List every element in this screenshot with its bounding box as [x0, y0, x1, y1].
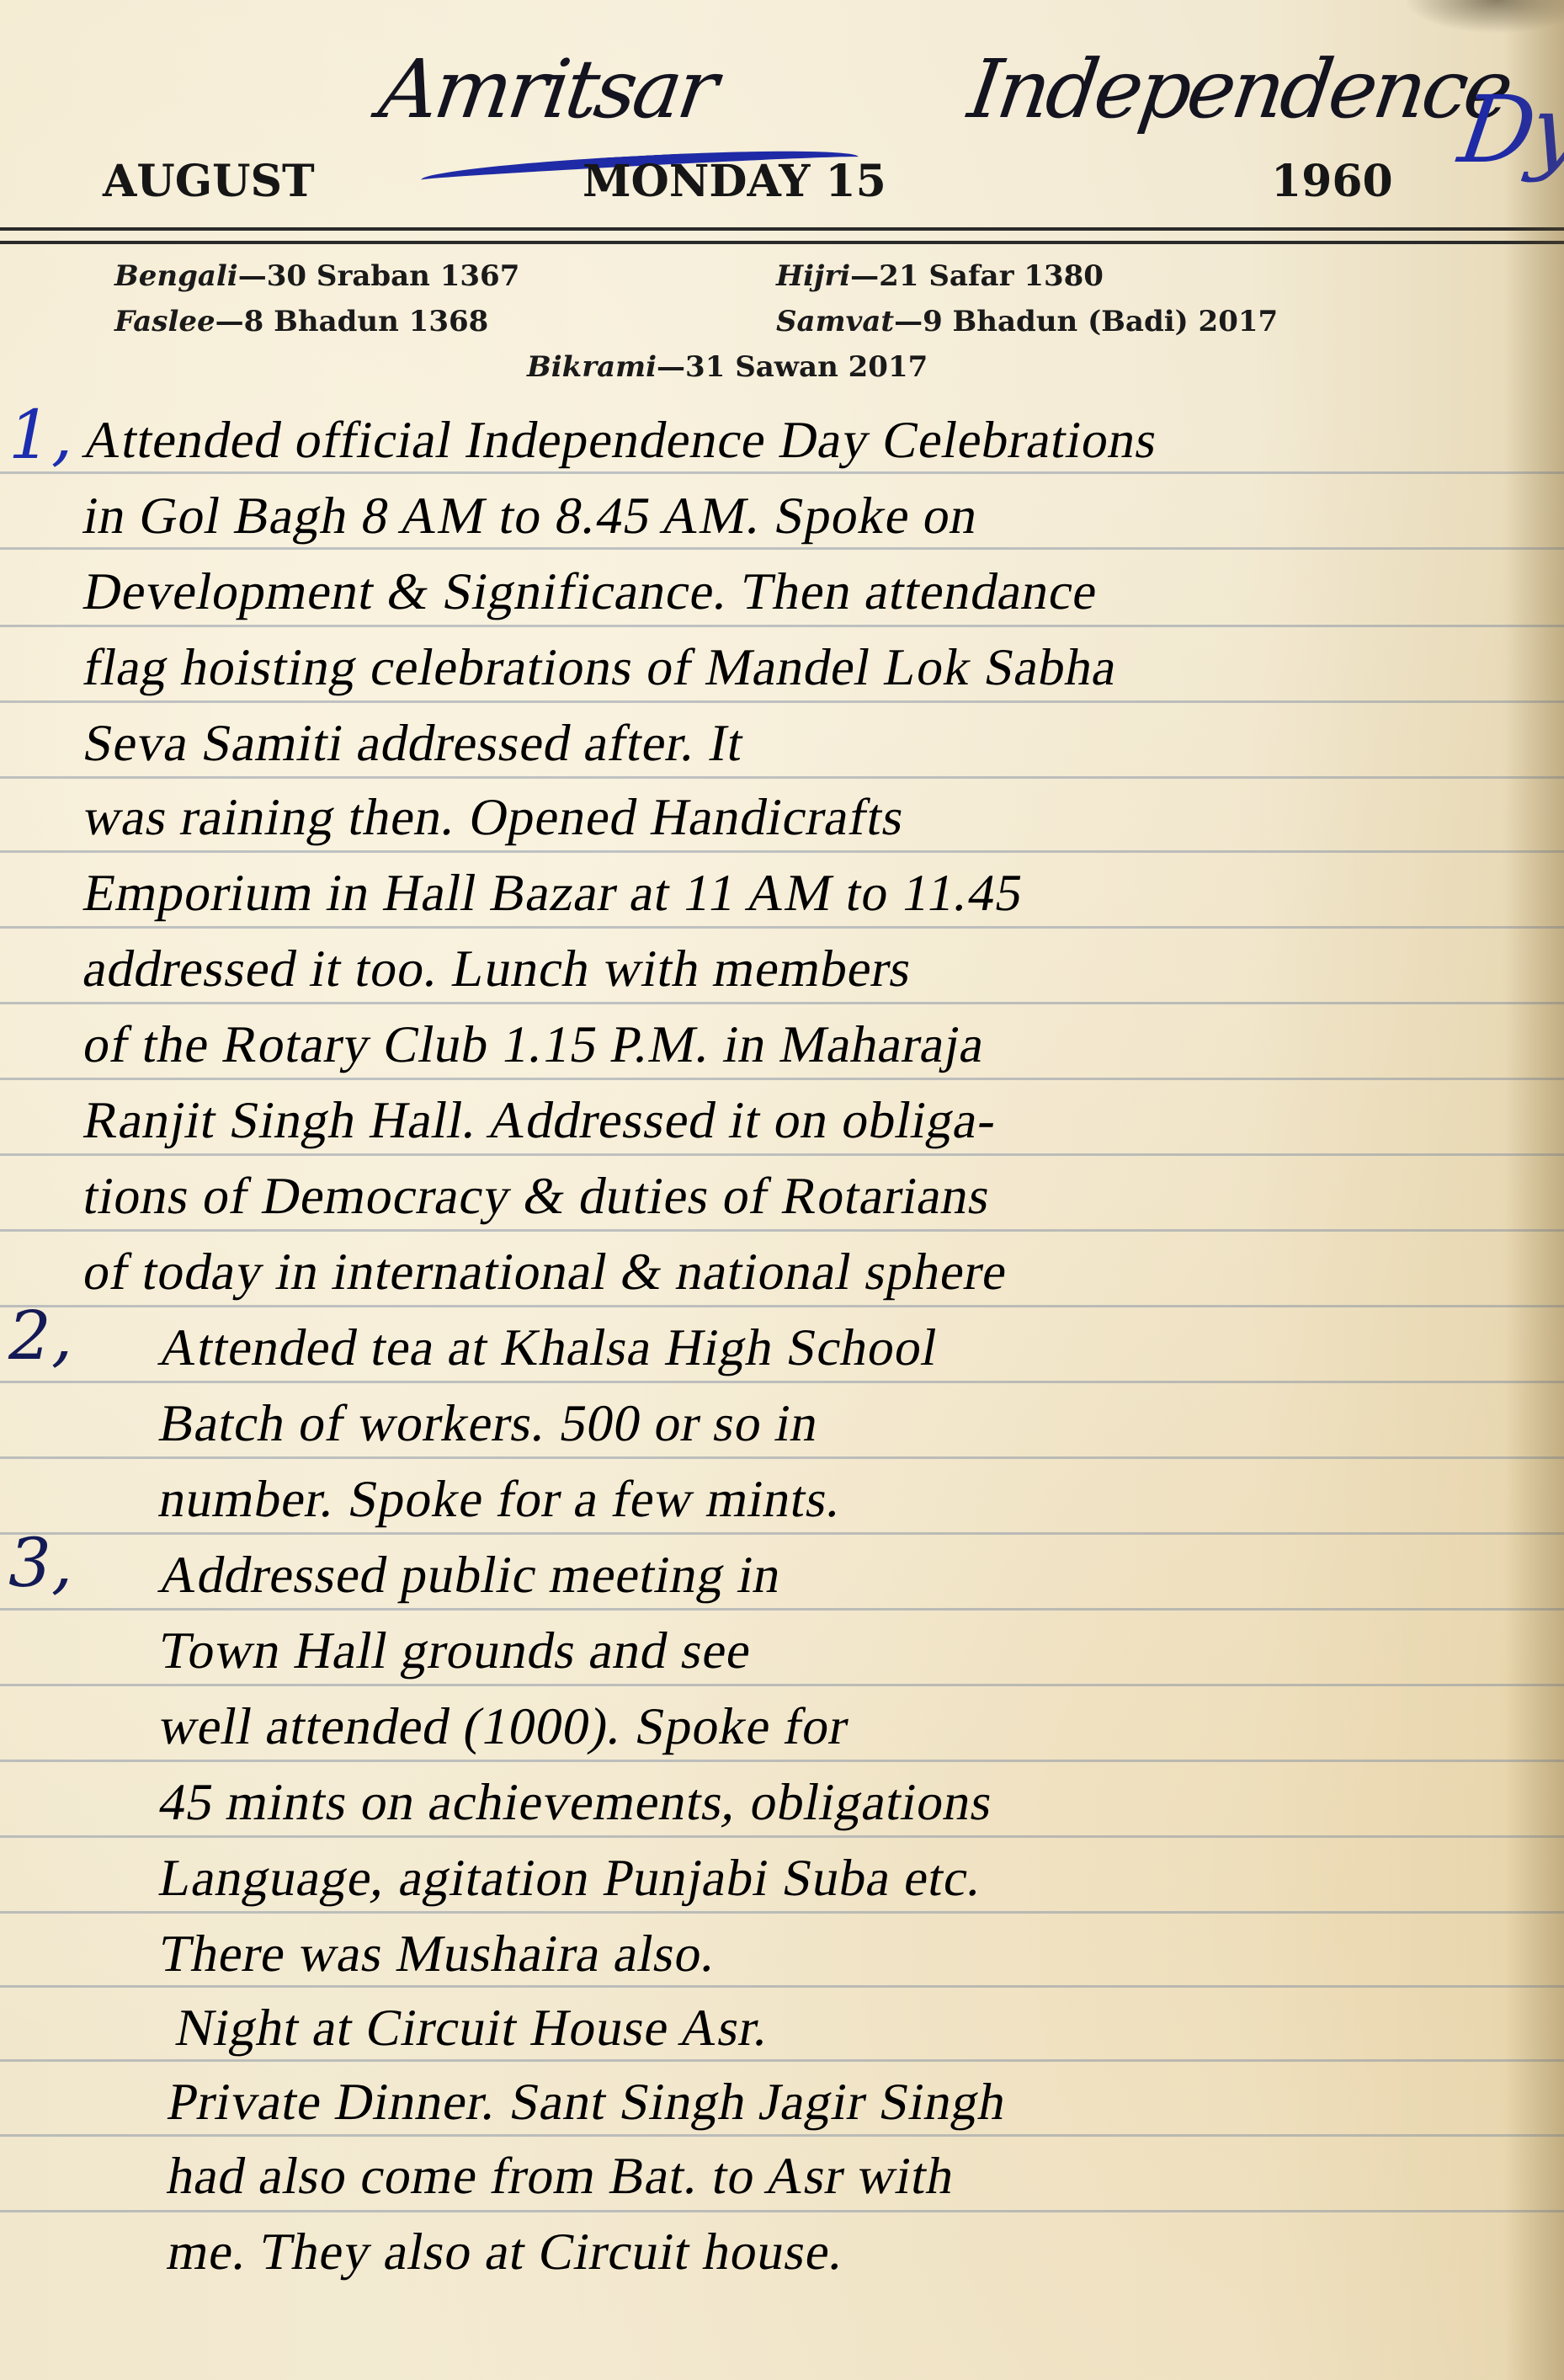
handwritten-line: 45 mints on achievements, obligations [153, 1765, 1564, 1840]
entry-number-3: 3, [8, 1524, 76, 1625]
handwritten-line: of the Rotary Club 1.15 P.M. in Maharaja [77, 1007, 1522, 1083]
handwritten-line: Language, agitation Punjabi Suba etc. [153, 1840, 1564, 1916]
calendar-equivalents: Bengali—30 Sraban 1367 Hijri—21 Safar 13… [0, 253, 1564, 387]
handwritten-line: was raining then. Opened Handicrafts [77, 780, 1522, 855]
header-double-rule [0, 227, 1564, 244]
handwritten-line: Night at Circuit House Asr. [170, 1990, 1564, 2066]
entry-number-1: 1, [8, 396, 76, 497]
handwritten-line: Attended official Independence Day Celeb… [77, 402, 1522, 478]
handwritten-line: There was Mushaira also. [153, 1916, 1564, 1992]
handwritten-line: in Gol Bagh 8 AM to 8.45 AM. Spoke on [77, 478, 1522, 554]
heading-place: Amritsar [374, 42, 721, 136]
printed-month: AUGUST [103, 156, 315, 207]
handwritten-line: addressed it too. Lunch with members [77, 931, 1522, 1007]
handwritten-line: me. They also at Circuit house. [162, 2214, 1564, 2290]
handwritten-line: Ranjit Singh Hall. Addressed it on oblig… [77, 1083, 1522, 1158]
handwritten-line: tions of Democracy & duties of Rotarians [77, 1158, 1522, 1234]
handwritten-line: of today in international & national sph… [77, 1234, 1522, 1310]
printed-date-header: AUGUST MONDAY 15 1960 [0, 156, 1564, 215]
calendar-faslee: Faslee—8 Bhadun 1368 [114, 305, 488, 338]
handwritten-line: had also come from Bat. to Asr with [162, 2138, 1564, 2214]
handwritten-line: Attended tea at Khalsa High School [153, 1310, 1564, 1386]
printed-year: 1960 [1271, 156, 1393, 207]
handwritten-line: Emporium in Hall Bazar at 11 AM to 11.45 [77, 855, 1522, 931]
calendar-bikrami: Bikrami—31 Sawan 2017 [527, 350, 928, 384]
handwritten-line: Seva Samiti addressed after. It [77, 705, 1522, 781]
handwritten-line: well attended (1000). Spoke for [153, 1689, 1564, 1765]
handwritten-line: flag hoisting celebrations of Mandel Lok… [77, 630, 1522, 705]
handwritten-line: number. Spoke for a few mints. [153, 1462, 1564, 1537]
diary-page: Amritsar Independence Dy. AUGUST MONDAY … [0, 0, 1564, 2380]
handwritten-line: Private Dinner. Sant Singh Jagir Singh [162, 2064, 1564, 2140]
handwritten-line: Addressed public meeting in [153, 1537, 1564, 1613]
handwritten-line: Batch of workers. 500 or so in [153, 1386, 1564, 1462]
handwritten-line: Town Hall grounds and see [153, 1613, 1564, 1689]
calendar-hijri: Hijri—21 Safar 1380 [776, 259, 1104, 293]
printed-weekday-day: MONDAY 15 [583, 156, 886, 207]
handwritten-line: Development & Significance. Then attenda… [77, 554, 1522, 630]
calendar-bengali: Bengali—30 Sraban 1367 [114, 259, 519, 293]
entry-number-2: 2, [8, 1296, 76, 1398]
calendar-samvat: Samvat—9 Bhadun (Badi) 2017 [776, 305, 1278, 338]
heading-occasion: Independence [963, 42, 1516, 136]
